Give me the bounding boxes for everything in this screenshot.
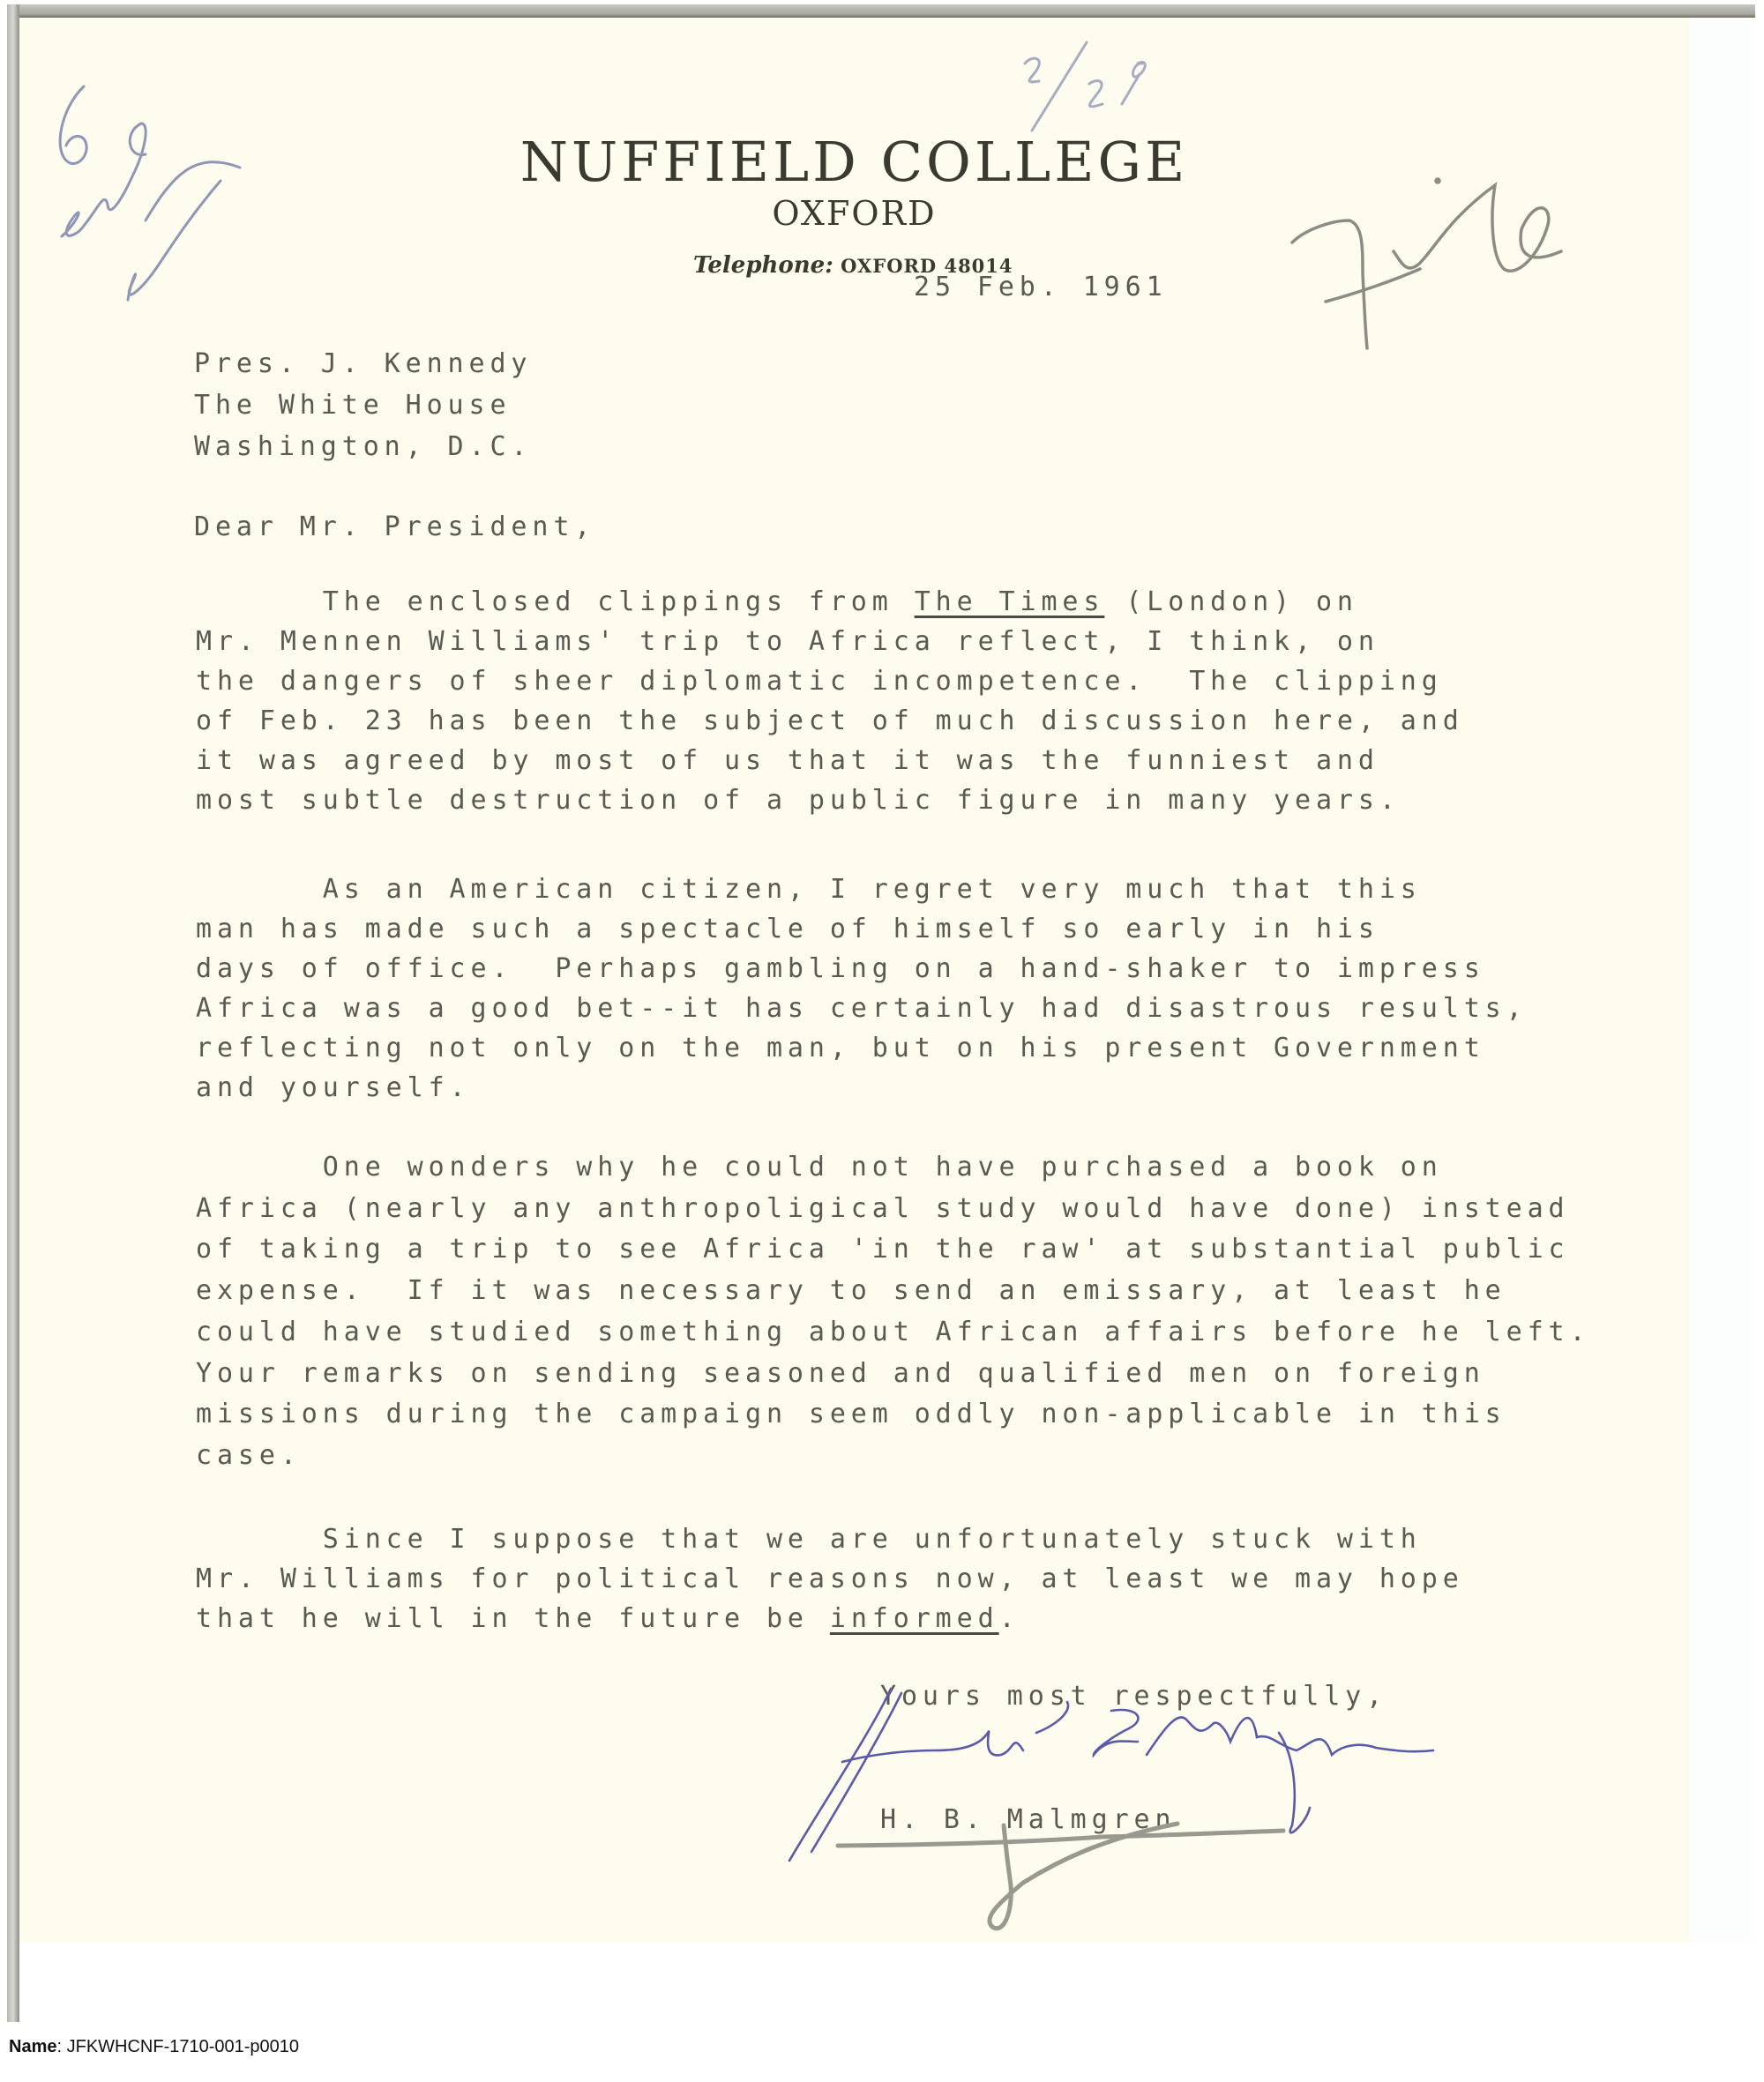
paragraph-2: As an American citizen, I regret very mu…: [196, 869, 1528, 1108]
paragraph-1: The enclosed clippings from The Times (L…: [196, 582, 1464, 820]
typed-signature: H. B. Malmgren: [880, 1800, 1176, 1839]
recipient-line: The White House: [194, 390, 511, 421]
letter-page: NUFFIELD COLLEGE OXFORD Telephone: OXFOR…: [19, 18, 1689, 1943]
paragraph-3: One wonders why he could not have purcha…: [196, 1147, 1590, 1477]
recipient-address: Pres. J. Kennedy The White House Washing…: [194, 343, 532, 467]
scanner-top-edge: [7, 4, 1755, 18]
newspaper-title: The Times: [915, 586, 1105, 617]
caption-separator: :: [56, 2037, 66, 2056]
document-caption: Name: JFKWHCNF-1710-001-p0010: [9, 2037, 299, 2057]
paragraph-text: Mr. Mennen Williams' trip to Africa refl…: [196, 626, 1464, 816]
paragraph-text: .: [999, 1603, 1020, 1634]
letterhead-city: OXFORD: [19, 194, 1689, 233]
salutation: Dear Mr. President,: [194, 507, 595, 547]
letterhead-institution: NUFFIELD COLLEGE: [19, 130, 1689, 194]
scanner-background: [1689, 18, 1755, 1943]
recipient-line: Pres. J. Kennedy: [194, 348, 532, 379]
letter-date: 25 Feb. 1961: [914, 267, 1168, 307]
closing: Yours most respectfully,: [880, 1676, 1387, 1716]
scanner-left-edge: [7, 4, 19, 2022]
caption-label: Name: [9, 2037, 56, 2056]
caption-value: JFKWHCNF-1710-001-p0010: [67, 2037, 299, 2056]
paragraph-text: (London) on: [1104, 586, 1358, 617]
telephone-label: Telephone:: [693, 252, 833, 279]
emphasized-word: informed: [830, 1603, 999, 1634]
recipient-line: Washington, D.C.: [194, 431, 532, 462]
paragraph-text: The enclosed clippings from: [196, 586, 915, 617]
paragraph-4: Since I suppose that we are unfortunatel…: [196, 1519, 1464, 1638]
